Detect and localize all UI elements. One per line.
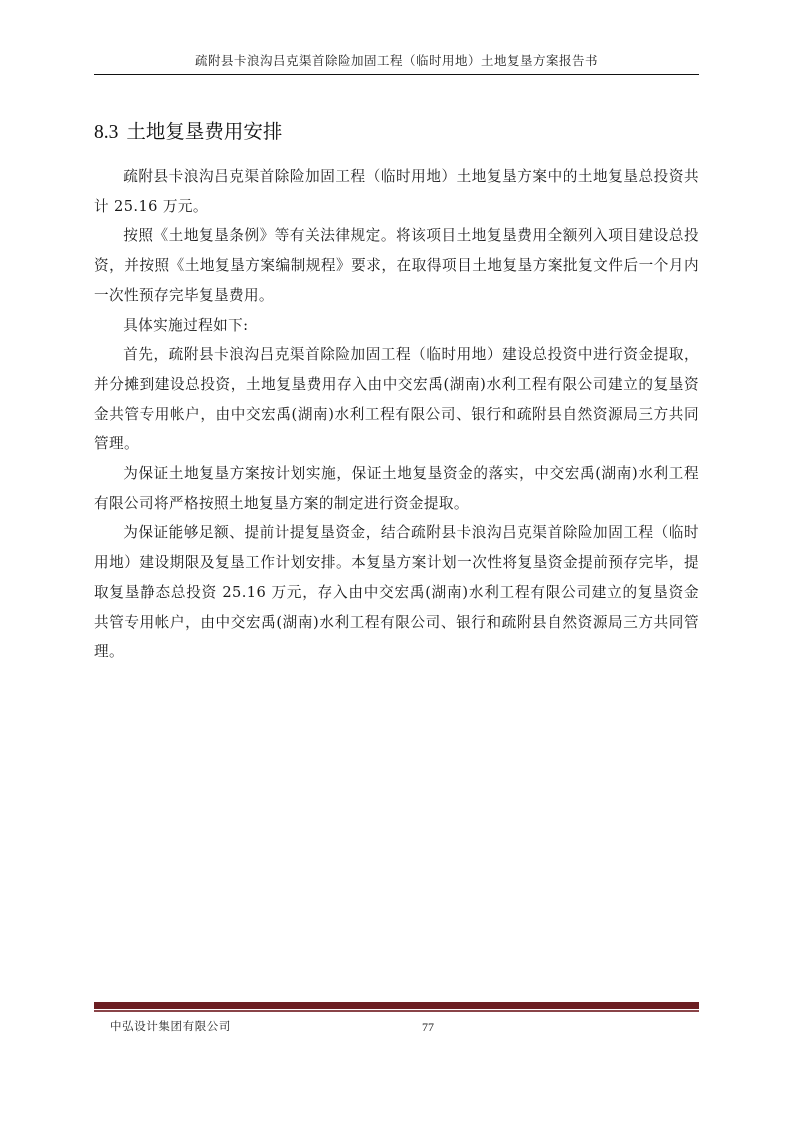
paragraph-process-intro: 具体实施过程如下: <box>94 311 699 341</box>
section-number: 8.3 <box>94 122 118 143</box>
page-number: 77 <box>422 1020 434 1035</box>
document-title: 疏附县卡浪沟吕克渠首除险加固工程（临时用地）土地复垦方案报告书 <box>195 53 598 68</box>
page-footer: 中弘设计集团有限公司 77 <box>94 1002 699 1038</box>
section-title: 土地复垦费用安排 <box>126 120 282 143</box>
paragraph-prestorage-plan: 为保证能够足额、提前计提复垦资金，结合疏附县卡浪沟吕克渠首除险加固工程（临时用地… <box>94 518 699 667</box>
footer-company: 中弘设计集团有限公司 <box>110 1018 231 1034</box>
footer-divider <box>94 1002 699 1010</box>
footer-row: 中弘设计集团有限公司 77 <box>94 1018 699 1038</box>
paragraph-total-investment: 疏附县卡浪沟吕克渠首除险加固工程（临时用地）土地复垦方案中的土地复垦总投资共计 … <box>94 162 699 221</box>
body-text: 疏附县卡浪沟吕克渠首除险加固工程（临时用地）土地复垦方案中的土地复垦总投资共计 … <box>94 162 699 667</box>
paragraph-fund-extraction: 首先，疏附县卡浪沟吕克渠首除险加固工程（临时用地）建设总投资中进行资金提取，并分… <box>94 340 699 459</box>
paragraph-legal-basis: 按照《土地复垦条例》等有关法律规定。将该项目土地复垦费用全额列入项目建设总投资，… <box>94 221 699 310</box>
paragraph-fund-guarantee: 为保证土地复垦方案按计划实施，保证土地复垦资金的落实，中交宏禹(湖南)水利工程有… <box>94 459 699 518</box>
section-heading: 8.3土地复垦费用安排 <box>94 118 282 147</box>
page-header: 疏附县卡浪沟吕克渠首除险加固工程（临时用地）土地复垦方案报告书 <box>94 50 699 75</box>
